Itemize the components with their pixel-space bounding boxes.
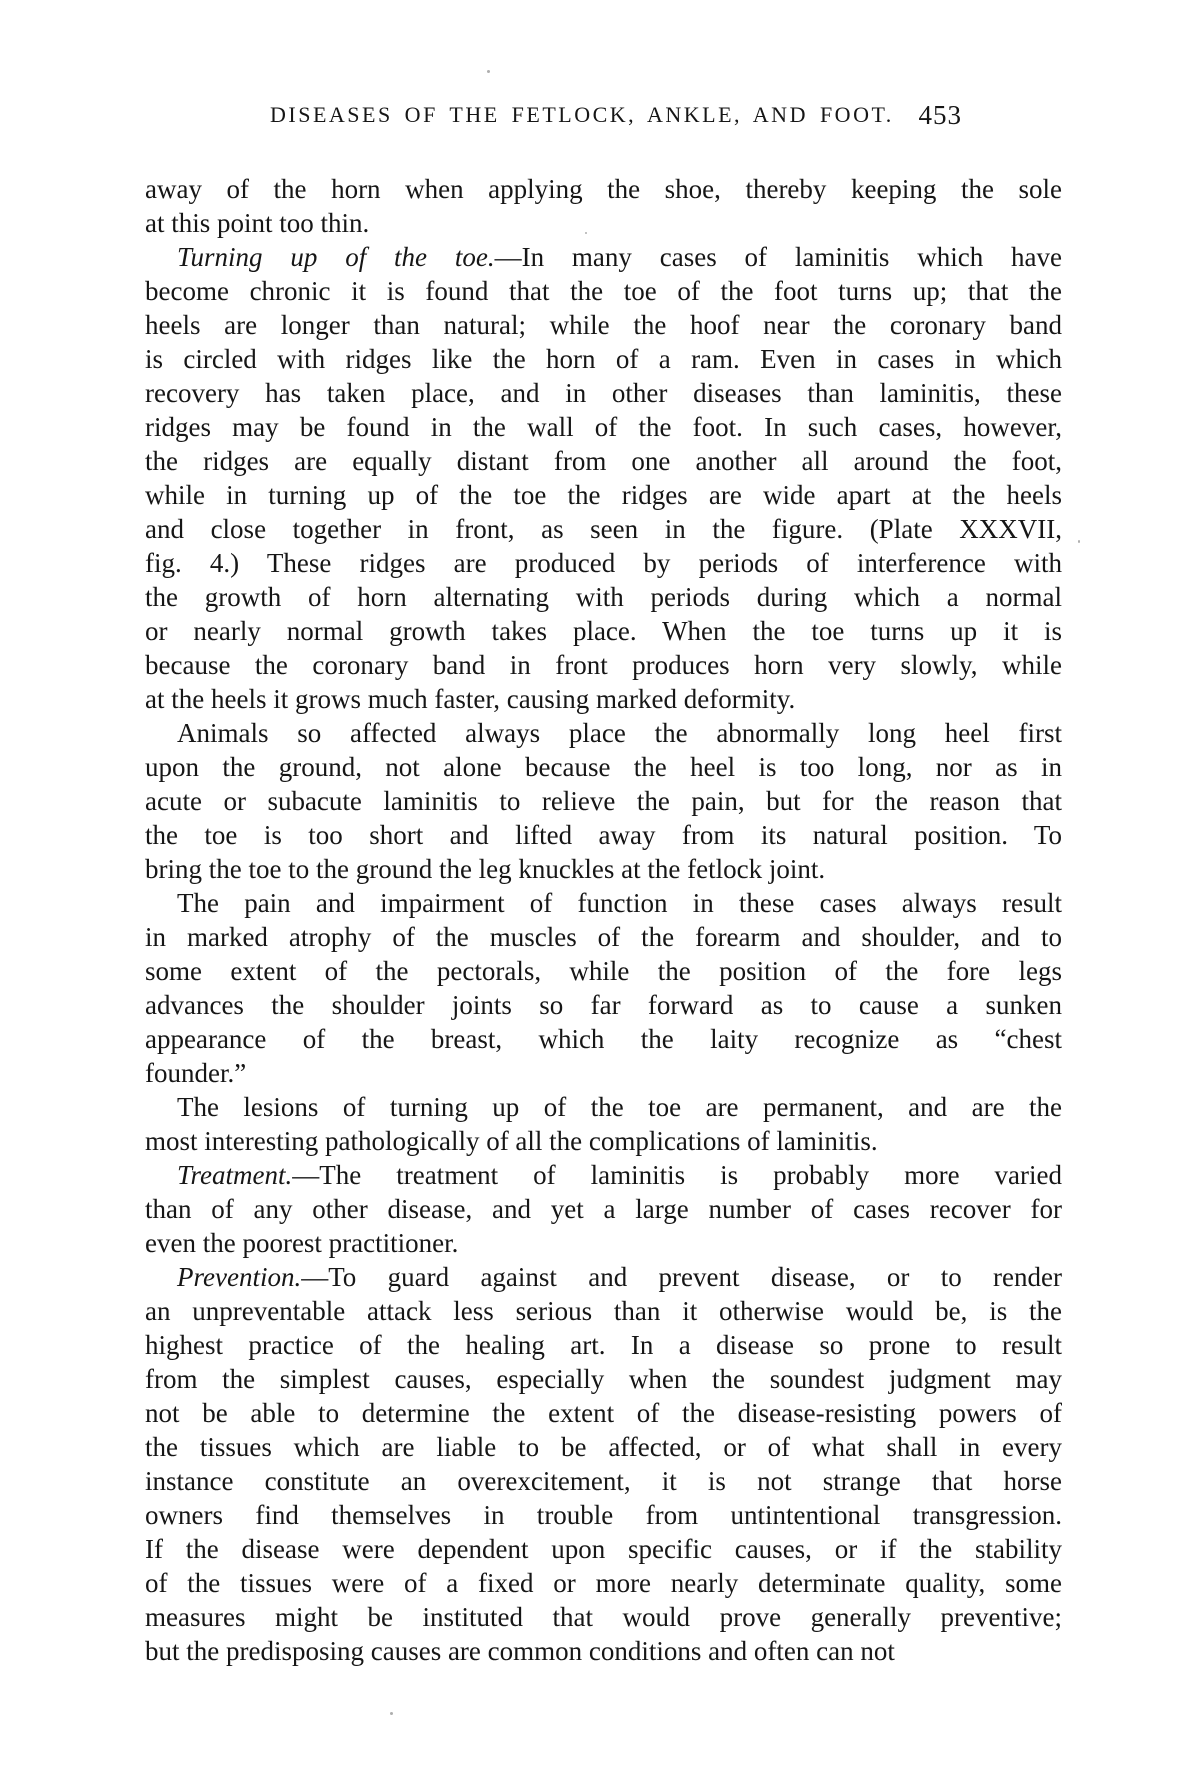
text-line: If the disease were dependent upon speci… [145,1532,1062,1566]
text-line: measures might be instituted that would … [145,1600,1062,1634]
scan-speck [1078,540,1080,543]
text-line: bring the toe to the ground the leg knuc… [145,852,1062,886]
text-line: become chronic it is found that the toe … [145,274,1062,308]
text-line: away of the horn when applying the shoe,… [145,172,1062,206]
text-line: from the simplest causes, especially whe… [145,1362,1062,1396]
paragraph: Treatment.—The treatment of laminitis is… [145,1158,1062,1260]
text-line: an unpreventable attack less serious tha… [145,1294,1062,1328]
text-line: The lesions of turning up of the toe are… [145,1090,1062,1124]
text-line: at this point too thin. [145,206,1062,240]
text-line: most interesting pathologically of all t… [145,1124,1062,1158]
scan-speck [585,232,587,234]
paragraph: Prevention.—To guard against and prevent… [145,1260,1062,1668]
text-line: and close together in front, as seen in … [145,512,1062,546]
text-line: acute or subacute laminitis to relieve t… [145,784,1062,818]
text-line: the toe is too short and lifted away fro… [145,818,1062,852]
paragraph: The lesions of turning up of the toe are… [145,1090,1062,1158]
text-line: the ridges are equally distant from one … [145,444,1062,478]
text-line: highest practice of the healing art. In … [145,1328,1062,1362]
text-line: Turning up of the toe.—In many cases of … [145,240,1062,274]
text-line: in marked atrophy of the muscles of the … [145,920,1062,954]
text-line: the tissues which are liable to be affec… [145,1430,1062,1464]
text-line: the growth of horn alternating with peri… [145,580,1062,614]
text-line: ridges may be found in the wall of the f… [145,410,1062,444]
text-line: because the coronary band in front produ… [145,648,1062,682]
text-line: but the predisposing causes are common c… [145,1634,1062,1668]
text-line: Animals so affected always place the abn… [145,716,1062,750]
text-line: fig. 4.) These ridges are produced by pe… [145,546,1062,580]
text-line: of the tissues were of a fixed or more n… [145,1566,1062,1600]
italic-lead-in: Treatment. [177,1160,292,1190]
text-line: or nearly normal growth takes place. Whe… [145,614,1062,648]
text-line: appearance of the breast, which the lait… [145,1022,1062,1056]
text-line: heels are longer than natural; while the… [145,308,1062,342]
scan-speck [390,1712,393,1715]
running-header: DISEASES OF THE FETLOCK, ANKLE, AND FOOT… [145,100,1062,134]
book-page: DISEASES OF THE FETLOCK, ANKLE, AND FOOT… [0,0,1200,1771]
paragraph: Animals so affected always place the abn… [145,716,1062,886]
text-line: Prevention.—To guard against and prevent… [145,1260,1062,1294]
text-line: recovery has taken place, and in other d… [145,376,1062,410]
body-text: away of the horn when applying the shoe,… [145,172,1062,1668]
italic-lead-in: Prevention. [177,1262,301,1292]
text-line: instance constitute an overexcitement, i… [145,1464,1062,1498]
text-line: The pain and impairment of function in t… [145,886,1062,920]
page-header-title: DISEASES OF THE FETLOCK, ANKLE, AND FOOT… [270,102,894,128]
page-number: 453 [919,100,963,131]
text-line: founder.” [145,1056,1062,1090]
text-line: owners find themselves in trouble from u… [145,1498,1062,1532]
text-line: not be able to determine the extent of t… [145,1396,1062,1430]
text-line: some extent of the pectorals, while the … [145,954,1062,988]
text-line: than of any other disease, and yet a lar… [145,1192,1062,1226]
text-line: is circled with ridges like the horn of … [145,342,1062,376]
text-line: Treatment.—The treatment of laminitis is… [145,1158,1062,1192]
text-line: at the heels it grows much faster, causi… [145,682,1062,716]
text-line: while in turning up of the toe the ridge… [145,478,1062,512]
text-line: advances the shoulder joints so far forw… [145,988,1062,1022]
text-line: even the poorest practitioner. [145,1226,1062,1260]
italic-lead-in: Turning up of the toe. [177,242,495,272]
paragraph: The pain and impairment of function in t… [145,886,1062,1090]
paragraph: away of the horn when applying the shoe,… [145,172,1062,240]
paragraph: Turning up of the toe.—In many cases of … [145,240,1062,716]
text-line: upon the ground, not alone because the h… [145,750,1062,784]
scan-speck [487,70,490,73]
